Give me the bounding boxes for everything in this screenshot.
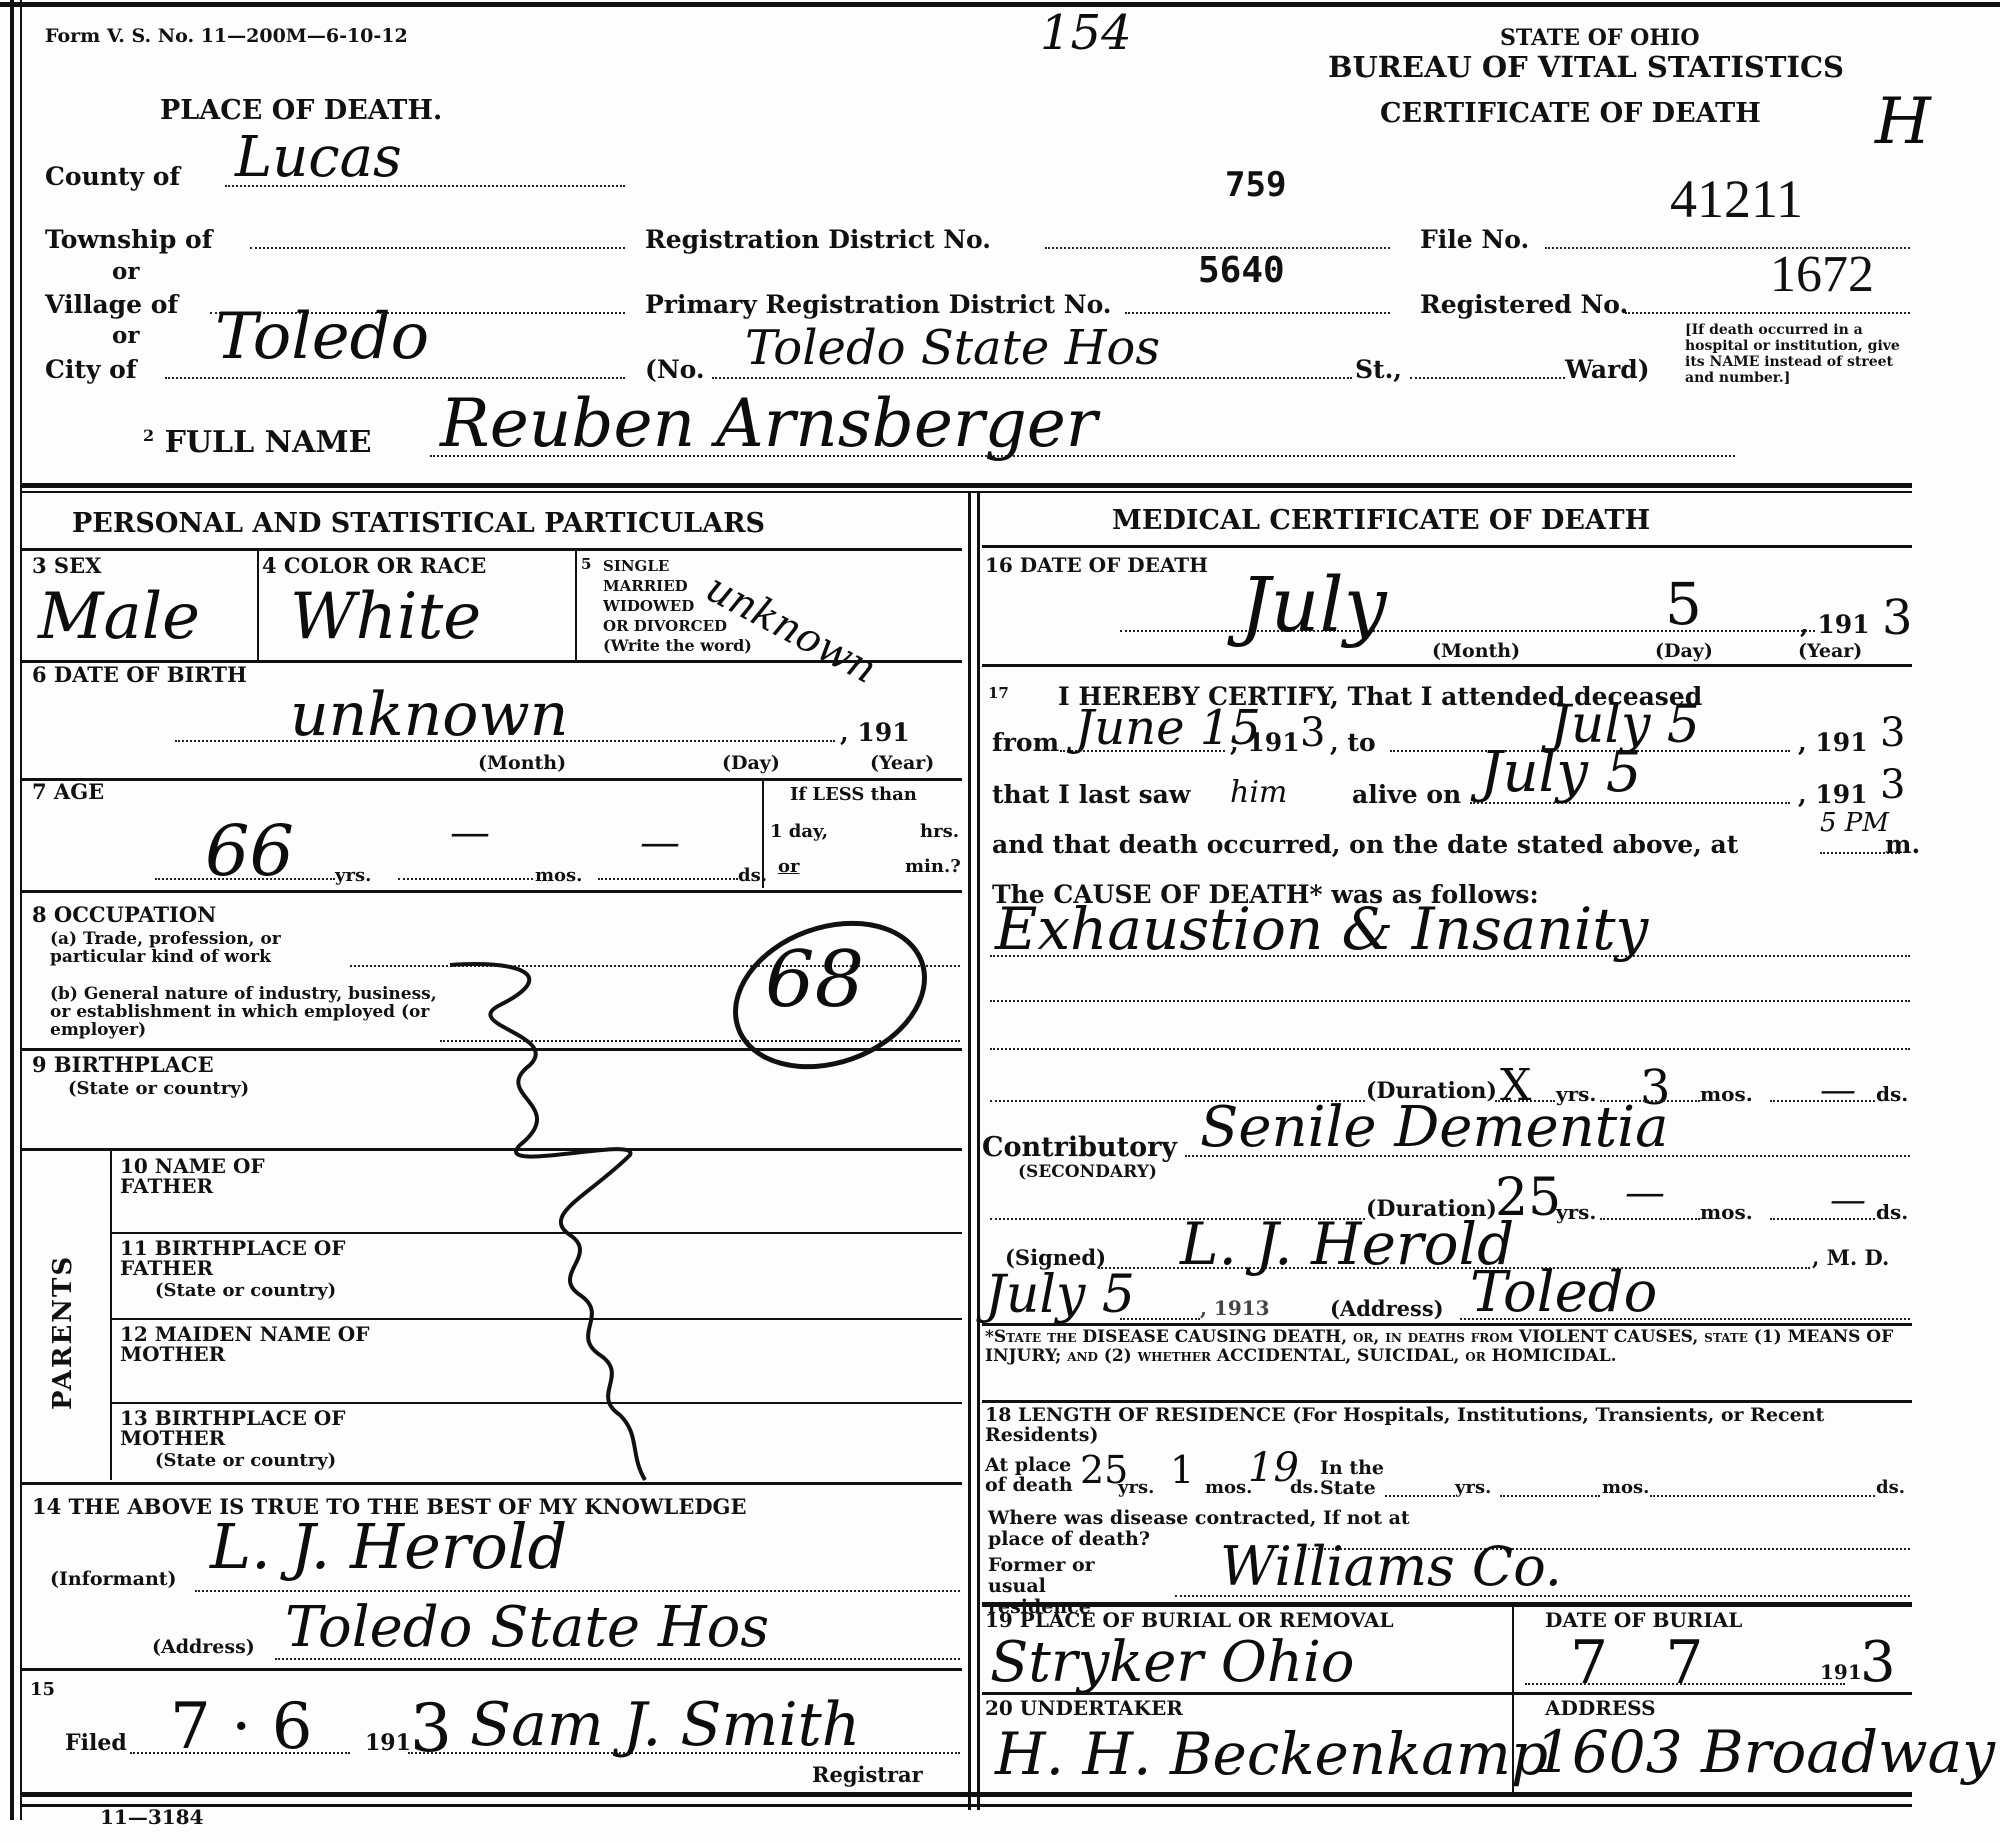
yrs-label: yrs. [335,866,371,886]
marital-divorced: OR DIVORCED [603,618,727,634]
from-year-suffix: 3 [1300,710,1325,756]
mother-name-label: 12 MAIDEN NAME OF MOTHER [120,1324,400,1364]
alive-on-value: July 5 [1480,740,1642,805]
occupation-a-label: (a) Trade, profession, or particular kin… [50,930,350,966]
min-label: min.? [905,857,961,877]
informant-value: L. J. Herold [210,1510,567,1583]
age-days: — [640,820,680,866]
month-caption: (Month) [1432,640,1520,662]
md-label: , M. D. [1812,1245,1889,1270]
burial-value: Stryker Ohio [990,1630,1355,1695]
column-divider [968,492,971,1810]
reg-district-label: Registration District No. [645,225,991,254]
from-label: from [992,728,1059,757]
field-number: 2 [143,426,154,445]
cause-value: Exhaustion & Insanity [995,895,1648,963]
dob-label: 6 DATE OF BIRTH [32,665,247,685]
yrs-label: yrs. [1455,1478,1491,1498]
dod-label: 16 DATE OF DEATH [985,555,1208,575]
bureau-title: BUREAU OF VITAL STATISTICS [1328,50,1844,84]
burial-year: 191 [1820,1660,1862,1684]
ds-label: ds. [1876,1200,1908,1224]
file-number: 41211 [1670,168,1803,230]
medical-heading: MEDICAL CERTIFICATE OF DEATH [1112,505,1650,536]
township-label: Township of [45,225,212,254]
registrar-label: Registrar [812,1762,923,1787]
place-of-death-heading: PLACE OF DEATH. [160,95,442,126]
birthplace-sub: (State or country) [68,1078,249,1099]
contrib-duration-mos: — [1625,1170,1665,1216]
left-border-inner [20,0,22,1820]
form-number: Form V. S. No. 11—200M—6-10-12 [45,25,408,47]
filed-year-suffix: 3 [410,1690,452,1767]
footer-code: 11—3184 [100,1805,204,1829]
hrs-label: hrs. [920,822,959,842]
age-months: — [450,810,490,856]
section-divider [22,483,1912,488]
less-than-label: If LESS than [790,785,917,805]
at-place-label: At place of death [985,1455,1095,1495]
page-mark: 154 [1040,5,1132,61]
filed-label: Filed [65,1730,127,1756]
contributory-label: Contributory [982,1132,1177,1163]
residence-mos: 1 [1170,1448,1194,1492]
county-label: County of [45,162,180,191]
day-caption: (Day) [1655,640,1713,662]
residence-label: 18 LENGTH OF RESIDENCE (For Hospitals, I… [985,1405,1910,1445]
death-certificate: Form V. S. No. 11—200M—6-10-12 154 STATE… [0,0,2000,1843]
informant-address-value: Toledo State Hos [285,1595,769,1660]
street-value: Toledo State Hos [745,320,1160,376]
filed-date: 7 · 6 [170,1690,312,1764]
marital-hint: (Write the word) [603,636,752,655]
personal-heading: PERSONAL AND STATISTICAL PARTICULARS [72,508,765,539]
full-name-label: 2 FULL NAME [143,425,371,460]
mos-label: mos. [1700,1082,1753,1106]
sex-label: 3 SEX [32,556,101,576]
occupation-code: 68 [765,935,864,1025]
to-year-suffix: 3 [1880,710,1905,756]
secondary-label: (SECONDARY) [1018,1162,1157,1182]
city-label: City of [45,355,137,384]
signed-year: , 1913 [1200,1296,1270,1320]
registered-number: 1672 [1770,245,1874,304]
death-time-label: and that death occurred, on the date sta… [992,830,1738,859]
address-label: (Address) [1330,1296,1444,1321]
city-value: Toledo [215,300,429,374]
parents-label: PARENTS [48,1255,78,1410]
ds-label: ds. [1290,1478,1319,1498]
footnote: *State the DISEASE CAUSING DEATH, or, in… [985,1328,1910,1366]
former-value: Williams Co. [1220,1535,1562,1598]
last-saw-pronoun: him [1230,775,1287,810]
father-birthplace-label: 11 BIRTHPLACE OF FATHER [120,1238,350,1278]
burial-date-label: DATE OF BURIAL [1545,1610,1742,1630]
filed-year: 191 [365,1730,411,1756]
state-title: STATE OF OHIO [1500,25,1700,51]
father-birthplace-sub: (State or country) [155,1280,336,1301]
burial-year-suffix: 3 [1860,1630,1896,1695]
occupation-label: 8 OCCUPATION [32,905,216,925]
day-caption: (Day) [722,752,780,774]
occupation-b-label: (b) General nature of industry, business… [50,985,450,1039]
undertaker-address-label: ADDRESS [1545,1698,1656,1718]
dod-year-suffix: 3 [1882,590,1913,646]
or-label: or [112,258,139,285]
registration-district-stamp: 759 [1225,165,1286,205]
yrs-label: yrs. [1118,1478,1154,1498]
address-value: Toledo [1470,1260,1657,1325]
marital-married: MARRIED [603,578,688,594]
burial-date-value: 7 7 [1570,1628,1704,1698]
street-prefix: (No. [645,355,705,384]
color-label: 4 COLOR OR RACE [262,556,486,576]
less-than-day: 1 day, [770,822,828,842]
undertaker-address-value: 1603 Broadway [1535,1718,1995,1786]
father-name-label: 10 NAME OF FATHER [120,1156,320,1196]
death-time-value: 5 PM [1820,808,1889,838]
alive-on-label: alive on [1352,780,1461,809]
filed-num: 15 [30,1680,55,1700]
alive-year: , 191 [1798,780,1868,809]
dob-value: unknown [290,680,568,750]
mother-birthplace-label: 13 BIRTHPLACE OF MOTHER [120,1408,350,1448]
or-label: or [778,857,800,877]
mos-label: mos. [535,866,582,886]
ds-label: ds. [1876,1082,1908,1106]
burial-label: 19 PLACE OF BURIAL OR REMOVAL [985,1610,1394,1630]
cert-num: 17 [988,685,1009,701]
age-label: 7 AGE [32,782,104,802]
ward-label: Ward) [1565,355,1650,384]
full-name-value: Reuben Arnsberger [440,385,1097,462]
to-year: , 191 [1798,728,1868,757]
village-label: Village of [45,290,178,319]
street-suffix: St., [1355,355,1402,384]
mos-label: mos. [1602,1478,1649,1498]
corner-mark: H [1875,85,1931,159]
birthplace-label: 9 BIRTHPLACE [32,1055,214,1075]
year-caption: (Year) [1798,640,1862,662]
alive-year-suffix: 3 [1880,762,1905,808]
or-label: or [112,322,139,349]
dod-day: 5 [1665,570,1702,638]
certificate-title: CERTIFICATE OF DEATH [1380,98,1761,129]
informant-address-label: (Address) [152,1636,255,1658]
mos-label: mos. [1700,1200,1753,1224]
registered-no-label: Registered No. [1420,290,1628,319]
color-value: White [290,580,481,654]
contrib-duration-ds: — [1830,1180,1866,1221]
left-border [10,0,14,1820]
signed-date: July 5 [985,1265,1135,1325]
registrar-value: Sam J. Smith [470,1690,860,1760]
primary-reg-label: Primary Registration District No. [645,290,1112,319]
top-border [0,2,2000,7]
in-state-label: In the State [1320,1458,1400,1498]
marital-widowed: WIDOWED [603,598,694,614]
month-caption: (Month) [478,752,566,774]
primary-district-stamp: 5640 [1198,250,1285,291]
yrs-label: yrs. [1556,1200,1596,1224]
hospital-note: [If death occurred in a hospital or inst… [1685,322,1913,386]
undertaker-value: H. H. Beckenkamp [995,1720,1548,1788]
mos-label: mos. [1205,1478,1252,1498]
contributory-value: Senile Dementia [1200,1095,1668,1160]
last-saw-label: that I last saw [992,780,1190,809]
county-value: Lucas [235,125,402,190]
file-no-label: File No. [1420,225,1529,254]
year-caption: (Year) [870,752,934,774]
cause-duration-ds: — [1820,1070,1856,1111]
signed-value: L. J. Herold [1180,1210,1514,1278]
dob-year: , 191 [840,718,910,747]
dod-year: , 191 [1800,610,1870,639]
marital-single: SINGLE [603,558,669,574]
death-time-suffix: m. [1885,830,1920,859]
ds-label: ds. [1876,1478,1905,1498]
marital-num: 5 [581,556,591,572]
mother-birthplace-sub: (State or country) [155,1450,336,1471]
dod-month: July [1240,560,1387,649]
undertaker-label: 20 UNDERTAKER [985,1698,1183,1718]
unknown-scrawl [440,955,700,1485]
full-name-text: FULL NAME [165,425,372,460]
from-year: , 191 [1230,728,1300,757]
informant-label: (Informant) [50,1568,177,1590]
to-label: , to [1330,728,1376,757]
sex-value: Male [38,580,200,654]
